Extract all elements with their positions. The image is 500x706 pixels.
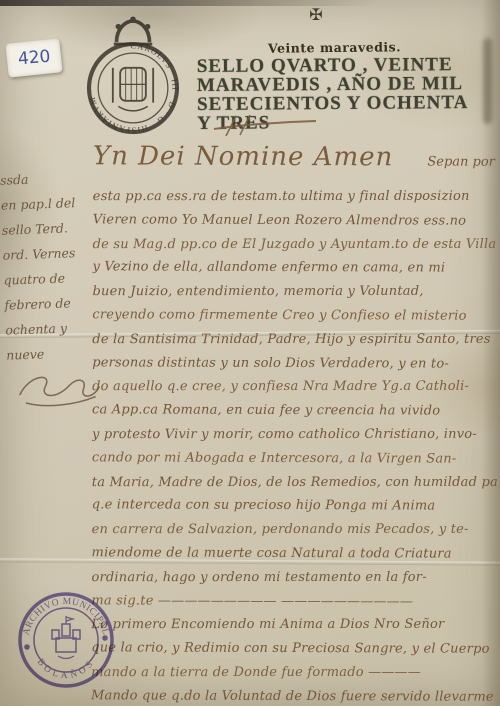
archive-number: 420: [17, 47, 51, 70]
margin-note-line: quatro de: [3, 264, 100, 292]
manuscript-line: ma sig.te ————————— ——————————: [91, 589, 497, 614]
margin-note: ssda en pap.l del sello Terd. ord. Verne…: [0, 164, 104, 415]
margin-note-line: ord. Vernes: [2, 239, 99, 267]
manuscript-line: y protesto Vivir y morir, como catholico…: [92, 423, 498, 447]
margin-note-line: ochenta y: [5, 314, 102, 342]
stamp-dot: [102, 635, 108, 641]
margin-note-line: nueve: [6, 339, 103, 367]
margin-note-line: en pap.l del: [1, 189, 98, 217]
margin-note-line: ssda: [0, 164, 97, 192]
cross-icon: ✠: [296, 5, 336, 24]
manuscript-lines: esta pp.ca ess.ra de testam.to ultima y …: [91, 184, 499, 706]
ink-smudge: [483, 38, 492, 124]
stamp-dot: [24, 644, 30, 650]
opening-invocation: Yn Dei Nomine Amen: [93, 141, 393, 172]
margin-note-line: sello Terd.: [1, 214, 98, 242]
manuscript-line: Lo primero Encomiendo mi Anima a Dios Nr…: [91, 613, 497, 637]
svg-text:BOLAÑOS: BOLAÑOS: [35, 657, 98, 681]
archive-number-sticker: 420: [5, 38, 62, 77]
manuscript-page: ✠ Veinte maravedis. SELLO QVARTO , VEINT…: [0, 0, 500, 706]
manuscript-line: Mando que q.do la Voluntad de Dios fuere…: [91, 684, 497, 706]
opening-continuation: Sepan por: [427, 154, 499, 169]
manuscript-line: personas distintas y un solo Dios Verdad…: [92, 351, 498, 376]
manuscript-line: en carrera de Salvazion, perdonando mis …: [92, 518, 498, 542]
manuscript-line: do aquello q.e cree, y confiesa Nra Madr…: [92, 375, 498, 399]
manuscript-line: que la crio, y Redimio con su Preciosa S…: [91, 636, 497, 661]
manuscript-line: y Vezino de ella, allandome enfermo en c…: [93, 256, 499, 281]
manuscript-line: buen Juizio, entendimiento, memoria y Vo…: [92, 280, 498, 304]
royal-stamp-circular-text: CAROLVS · III · D · G · HISPANIARVM · RE…: [78, 16, 179, 134]
manuscript-line: esta pp.ca ess.ra de testam.to ultima y …: [93, 185, 499, 209]
manuscript-line: de su Mag.d pp.co de El Juzgado y Ayunta…: [93, 232, 499, 256]
manuscript-line: Vieren como Yo Manuel Leon Rozero Almend…: [93, 208, 499, 233]
manuscript-line: ta Maria, Madre de Dios, de los Remedios…: [92, 470, 498, 494]
manuscript-line: mando a la tierra de Donde fue formado —…: [91, 661, 497, 685]
royal-stamp: CAROLVS · III · D · G · HISPANIARVM · RE…: [78, 16, 188, 138]
manuscript-line: ordinaria, hago y ordeno mi testamento e…: [91, 566, 497, 590]
manuscript-line: creyendo como firmemente Creo y Confieso…: [92, 303, 498, 328]
tax-seal-line: SETECIENTOS Y OCHENTA: [197, 93, 473, 114]
manuscript-line: ca App.ca Romana, en cuia fee y creencia…: [92, 398, 498, 423]
municipal-archive-stamp: ARCHIVO MUNICIPAL BOLAÑOS: [16, 590, 116, 690]
municipal-coat-of-arms: [52, 616, 80, 659]
manuscript-line: q.e interceda con su precioso hijo Ponga…: [92, 494, 498, 519]
manuscript-body: Yn Dei Nomine Amen Sepan por esta pp.ca …: [91, 141, 499, 706]
margin-note-line: febrero de: [4, 289, 101, 317]
crown-icon: [114, 17, 153, 45]
manuscript-line: cando por mi Abogada e Intercesora, a la…: [92, 446, 498, 471]
signature-rubric: [15, 368, 104, 411]
manuscript-line: de la Santisima Trinidad, Padre, Hijo y …: [92, 328, 498, 352]
svg-text:CAROLVS · III · D · G · HISPAN: CAROLVS · III · D · G · HISPANIARVM · RE…: [78, 16, 179, 134]
strike-flourish: [210, 113, 320, 139]
plate-note: Veinte maravedis.: [268, 39, 401, 55]
coat-of-arms: [113, 68, 153, 111]
scan-top-edge-shadow: [0, 0, 500, 6]
municipal-stamp-bottom-text: BOLAÑOS: [35, 657, 98, 681]
manuscript-line: miendome de la muerte cosa Natural a tod…: [92, 541, 498, 566]
